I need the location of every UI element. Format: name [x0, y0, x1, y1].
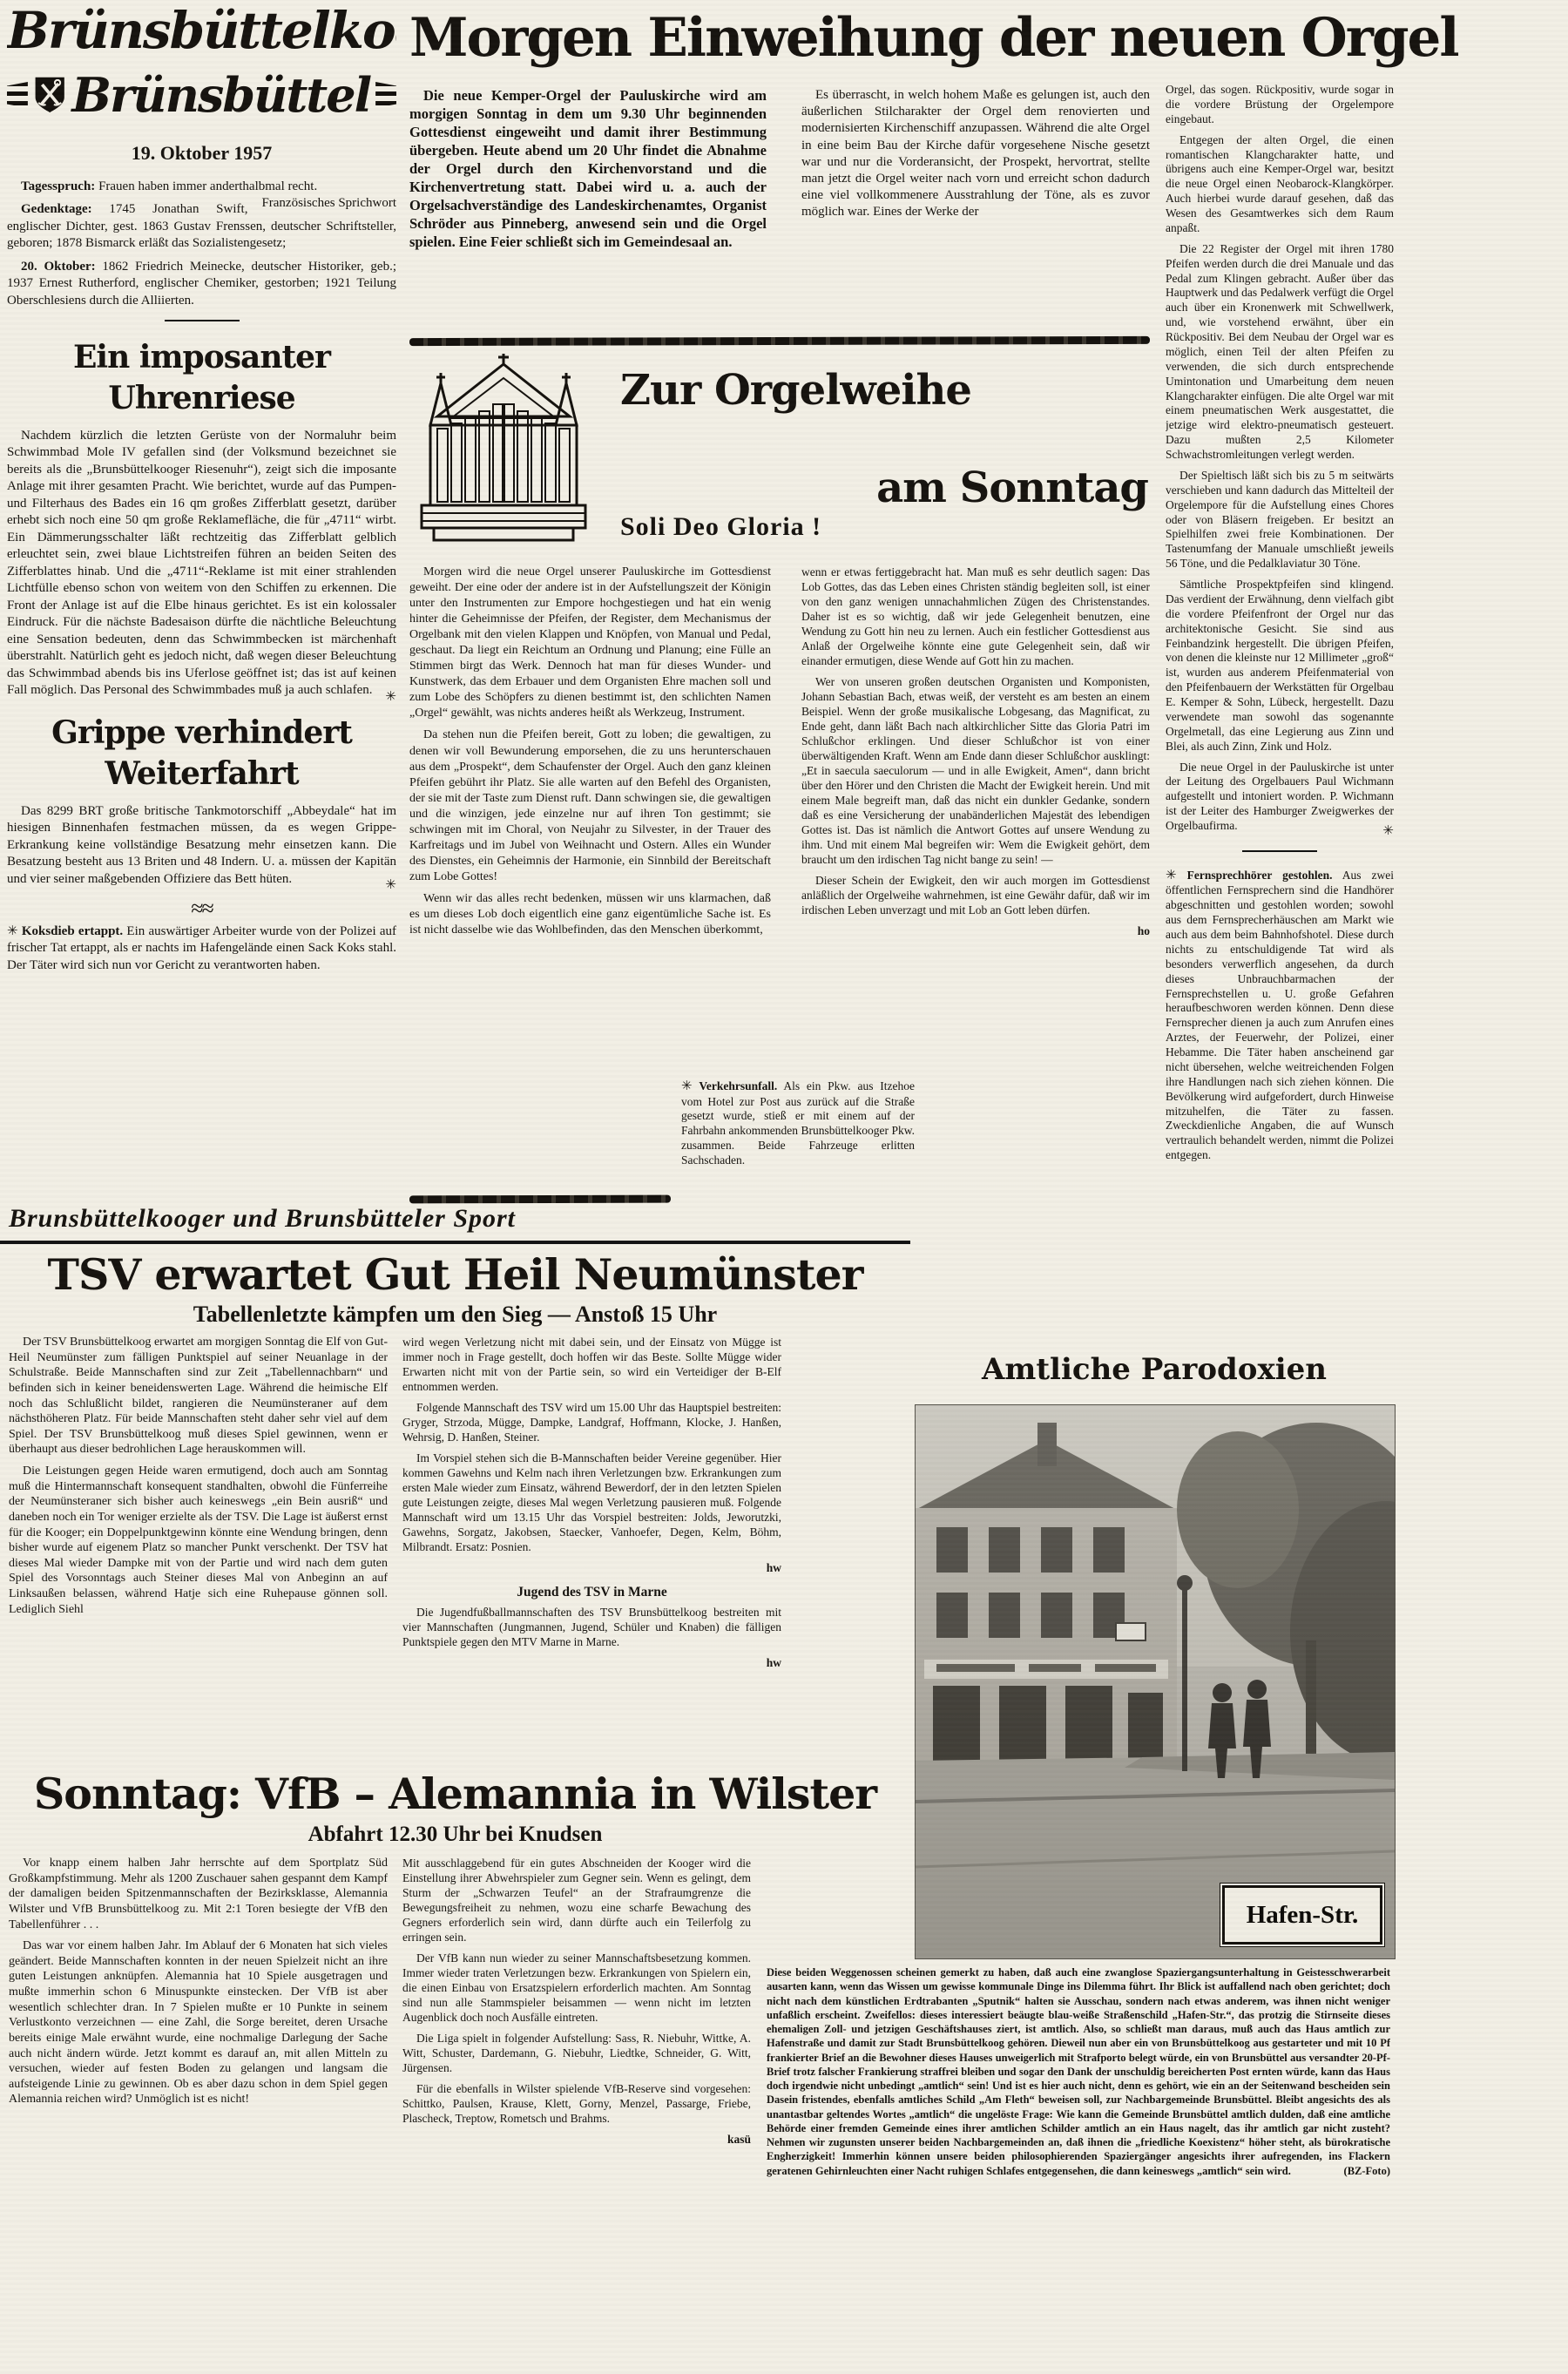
vfb-c2-p4: Für die ebenfalls in Wilster spielende V…	[402, 2081, 751, 2126]
hafen-str-sign: Hafen-Str.	[1222, 1885, 1382, 1945]
tsv-c2-p1: wird wegen Verletzung nicht mit dabei se…	[402, 1335, 781, 1394]
orgelweihe-c2-p2: Wer von unseren großen deutschen Organis…	[801, 674, 1150, 867]
orgelweihe-c1-p3: Wenn wir das alles recht bedenken, müsse…	[409, 891, 771, 938]
right-rail: Orgel, das sogen. Rückpositiv, wurde sog…	[1166, 83, 1394, 1295]
main-headline: Morgen Einweihung der neuen Orgel	[409, 7, 1394, 69]
main-col2-text: Es überrascht, in welch hohem Maße es ge…	[801, 87, 1150, 221]
main-right-p3: Die 22 Register der Orgel mit ihren 1780…	[1166, 242, 1394, 463]
fernsprecher-lead: Fernsprechhörer gestohlen.	[1187, 869, 1333, 882]
photo-caption: Diese beiden Weggenossen scheinen gemerk…	[767, 1965, 1390, 2368]
main-right-p5: Sämtliche Prospektpfeifen sind klingend.…	[1166, 578, 1394, 754]
vfb-c2-p2: Der VfB kann nun wieder zu seiner Mannsc…	[402, 1951, 751, 2025]
tagesspruch-source: Französisches Sprichwort	[247, 195, 396, 213]
newspaper-page: Brünsbüttelkoog Brünsbüttel 19. Oktober …	[0, 0, 1568, 2374]
gedenktage-label: Gedenktage:	[21, 202, 92, 216]
tsv-jugend-headline: Jugend des TSV in Marne	[402, 1584, 781, 1601]
tagesspruch-text: Frauen haben immer anderthalbmal recht.	[98, 179, 317, 193]
town-crest-icon	[33, 57, 66, 132]
tsv-column-1: Der TSV Brunsbüttelkoog erwartet am morg…	[9, 1335, 388, 1763]
issue-date: 19. Oktober 1957	[7, 141, 396, 166]
orgelweihe-headline-2: am Sonntag	[610, 463, 1148, 512]
masthead-title-line1: Brünsbüttelkoog	[7, 5, 396, 56]
photo-caption-text: Diese beiden Weggenossen scheinen gemerk…	[767, 1966, 1390, 2177]
main-lead-column: Die neue Kemper-Orgel der Pauluskirche w…	[409, 87, 767, 338]
main-right-p4: Der Spieltisch läßt sich bis zu 5 m seit…	[1166, 469, 1394, 572]
orgelweihe-c2-p1: wenn er etwas fertiggebracht hat. Man mu…	[801, 565, 1150, 668]
orgelweihe-column-2: wenn er etwas fertiggebracht hat. Man mu…	[801, 565, 1150, 1073]
star-ornament-icon: ✳	[681, 1079, 693, 1093]
ornamental-rule	[409, 1195, 671, 1204]
vfb-column-1: Vor knapp einem halben Jahr herrschte au…	[9, 1856, 388, 2368]
oct20-entry: 20. Oktober: 1862 Friedrich Meinecke, de…	[7, 259, 396, 310]
main-right-p1: Orgel, das sogen. Rückpositiv, wurde sog…	[1166, 83, 1394, 127]
koksdieb-item: ✳ Koksdieb ertappt. Ein auswärtiger Arbe…	[7, 923, 396, 975]
orgelweihe-c1-p2: Da stehen nun die Pfeifen bereit, Gott z…	[409, 727, 771, 884]
tsv-column-2: wird wegen Verletzung nicht mit dabei se…	[402, 1335, 781, 1763]
tsv-c1-p1: Der TSV Brunsbüttelkoog erwartet am morg…	[9, 1335, 388, 1458]
vfb-c2-p1: Mit ausschlaggebend für ein gutes Abschn…	[402, 1856, 751, 1945]
main-column-2: Es überrascht, in welch hohem Maße es ge…	[801, 87, 1150, 338]
vfb-column-2: Mit ausschlaggebend für ein gutes Abschn…	[402, 1856, 751, 2368]
wave-divider-icon: ≈≈	[7, 900, 396, 918]
uhrenriese-headline: Ein imposanter Uhrenriese	[7, 337, 396, 419]
koksdieb-lead: Koksdieb ertappt.	[22, 924, 123, 938]
star-ornament-icon: ✳	[7, 924, 18, 938]
vfb-c1-p1: Vor knapp einem halben Jahr herrschte au…	[9, 1856, 388, 1932]
grippe-body: Das 8299 BRT große britische Tankmotorsc…	[7, 803, 396, 889]
tsv-jugend-body: Die Jugendfußballmannschaften des TSV Br…	[402, 1605, 781, 1649]
fernsprecher-body: Aus zwei öffentlichen Fernsprechern sind…	[1166, 869, 1394, 1162]
street-photo: Hafen-Str.	[915, 1404, 1396, 1959]
photo-feature-headline: Amtliche Parodoxien	[915, 1352, 1394, 1387]
sport-kicker: Brunsbüttelkooger und Brunsbütteler Spor…	[9, 1204, 636, 1234]
tsv-headline: TSV erwartet Gut Heil Neumünster	[0, 1249, 910, 1300]
tagesspruch-label: Tagesspruch:	[21, 179, 95, 193]
tsv-jugend-signature: hw	[402, 1655, 781, 1670]
verkehrsunfall-item: ✳ Verkehrsunfall. Als ein Pkw. aus Itzeh…	[681, 1079, 915, 1190]
main-lead: Die neue Kemper-Orgel der Pauluskirche w…	[409, 87, 767, 252]
orgelweihe-column-1: Morgen wird die neue Orgel unserer Paulu…	[409, 565, 771, 1133]
vfb-headline: Sonntag: VfB – Alemannia in Wilster	[0, 1769, 910, 1819]
street-photo-scene	[916, 1405, 1395, 1958]
vfb-signature: kasü	[402, 2132, 751, 2147]
orgelweihe-c1-p1: Morgen wird die neue Orgel unserer Paulu…	[409, 565, 771, 721]
vfb-subhead: Abfahrt 12.30 Uhr bei Knudsen	[0, 1823, 910, 1847]
star-ornament-icon: ✳	[1166, 869, 1177, 883]
verkehrsunfall-lead: Verkehrsunfall.	[699, 1079, 777, 1092]
fernsprecher-item: ✳ Fernsprechhörer gestohlen. Aus zwei öf…	[1166, 868, 1394, 1163]
tagesspruch: Tagesspruch: Frauen haben immer andertha…	[7, 179, 396, 196]
speed-lines-left-icon	[7, 82, 28, 108]
section-divider	[1242, 850, 1317, 856]
tsv-c1-p2: Die Leistungen gegen Heide waren ermutig…	[9, 1464, 388, 1617]
vfb-c1-p2: Das war vor einem halben Jahr. Im Ablauf…	[9, 1938, 388, 2107]
orgelweihe-c2-p3: Dieser Schein der Ewigkeit, den wir auch…	[801, 873, 1150, 917]
main-right-p2: Entgegen der alten Orgel, die einen roma…	[1166, 133, 1394, 236]
organ-illustration	[411, 348, 596, 551]
masthead-title-line2: Brünsbüttel	[71, 71, 370, 118]
calendar-block: Tagesspruch: Frauen haben immer andertha…	[7, 179, 396, 310]
orgelweihe-signature: ho	[801, 923, 1150, 938]
speed-lines-right-icon	[375, 82, 396, 108]
masthead: Brünsbüttelkoog Brünsbüttel 19. Oktober …	[7, 5, 396, 166]
grippe-headline: Grippe verhindert Weiterfahrt	[7, 713, 396, 795]
vfb-c2-p3: Die Liga spielt in folgender Aufstellung…	[402, 2031, 751, 2075]
oct20-label: 20. Oktober:	[21, 260, 96, 274]
section-divider	[165, 320, 240, 325]
tsv-c2-p3: Im Vorspiel stehen sich die B-Mannschaft…	[402, 1451, 781, 1554]
sport-kicker-rule	[0, 1241, 910, 1244]
tsv-signature: hw	[402, 1560, 781, 1575]
uhrenriese-body: Nachdem kürzlich die letzten Gerüste von…	[7, 428, 396, 700]
tsv-c2-p2: Folgende Mannschaft des TSV wird um 15.0…	[402, 1400, 781, 1444]
tsv-subhead: Tabellenletzte kämpfen um den Sieg — Ans…	[0, 1302, 910, 1328]
orgelweihe-subtitle: Soli Deo Gloria !	[620, 512, 821, 542]
photo-credit: (BZ-Foto)	[1344, 2164, 1390, 2178]
orgelweihe-headline-1: Zur Orgelweihe	[620, 366, 1108, 415]
left-column: Brünsbüttelkoog Brünsbüttel 19. Oktober …	[7, 5, 396, 1197]
ornamental-rule	[409, 336, 1150, 346]
